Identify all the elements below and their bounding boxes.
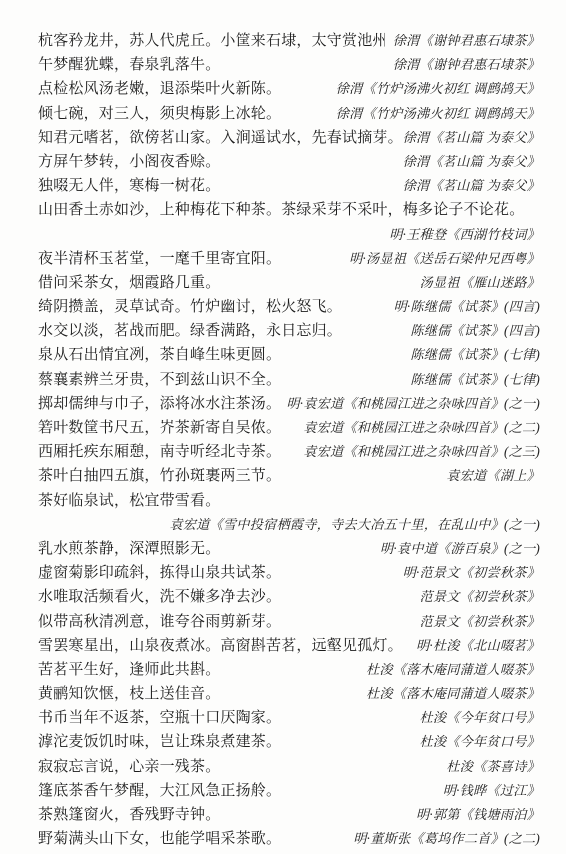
- poem-row: 方屏午梦转，小阁夜香赊。 徐渭《茗山篇 为泰父》: [38, 150, 540, 174]
- poem-row: 箬叶数筐书尺五，岕茶新寄自吴侬。 袁宏道《和桃园江进之杂咏四首》(之二): [38, 416, 540, 440]
- source-attribution: 明·董斯张《葛坞作二首》(之二): [345, 827, 540, 851]
- source-attribution: 袁宏道《湖上》: [438, 464, 540, 488]
- poem-row: 书币当年不返茶，空瓶十口厌陶家。 杜浚《今年贫口号》: [38, 706, 540, 730]
- poem-row: 杭客矜龙井，苏人代虎丘。小筐来石埭，太守赏池州。 徐渭《谢钟君惠石埭茶》: [38, 29, 540, 53]
- source-attribution: 明·范景文《初尝秋茶》: [395, 561, 540, 585]
- source-attribution: 杜浚《今年贫口号》: [412, 706, 541, 730]
- verse-text: 杭客矜龙井，苏人代虎丘。小筐来石埭，太守赏池州。: [38, 29, 385, 53]
- verse-text: 黄鹂知饮惬，枝上送佳音。: [38, 682, 220, 706]
- source-attribution: 徐渭《竹炉汤沸火初红 调鹧鸪天》: [328, 102, 540, 126]
- poem-row: 篷底茶香午梦醒，大江风急正扬舲。 明·钱晔《过江》: [38, 779, 540, 803]
- verse-text: 苦茗平生好，逢师此共斟。: [38, 658, 220, 682]
- source-attribution: 袁宏道《和桃园江进之杂咏四首》(之三): [295, 440, 540, 464]
- verse-text: 茶好临泉试，松宜带雪看。: [38, 489, 220, 513]
- poem-row: 山田香土赤如沙，上种梅花下种茶。茶绿采芽不采叶，梅多论子不论花。: [38, 198, 540, 222]
- poem-row: 午梦醒犹蝶，春泉乳落牛。 徐渭《谢钟君惠石埭茶》: [38, 53, 540, 77]
- poem-row: 袁宏道《雪中投宿栖霞寺，寺去大冶五十里，在乱山中》(之一): [38, 513, 540, 537]
- source-attribution: 明·袁中道《游百泉》(之一): [372, 537, 540, 561]
- verse-text: 滹沱麦饭饥时味，岂让珠泉煮建茶。: [38, 730, 281, 754]
- poem-row: 泉从石出情宜冽，茶自峰生味更圆。 陈继儒《试茶》(七律): [38, 343, 540, 367]
- verse-text: 乳水煎茶静，深潭照影无。: [38, 537, 220, 561]
- verse-text: 雪罢寒星出，山泉夜煮冰。高窗斟苦茗，远壑见孤灯。: [38, 634, 403, 658]
- source-attribution: 陈继儒《试茶》(七律): [402, 343, 540, 367]
- source-attribution: 明·王稚登《西湖竹枝词》: [381, 223, 540, 247]
- poem-row: 知君元嗜茗，欲傍茗山家。入涧遥试水，先春试摘芽。 徐渭《茗山篇 为泰父》: [38, 126, 540, 150]
- poem-row: 绮阴攒盖，灵草试奇。竹炉幽讨，松火怒飞。 明·陈继儒《试茶》(四言): [38, 295, 540, 319]
- verse-text: 蔡襄素辨兰牙贵，不到兹山识不全。: [38, 368, 281, 392]
- verse-text: 书币当年不返茶，空瓶十口厌陶家。: [38, 706, 281, 730]
- verse-text: 茶叶白抽四五旗，竹孙斑裹两三节。: [38, 464, 281, 488]
- poem-row: 借问采茶女，烟霞路几重。 汤显祖《雁山迷路》: [38, 271, 540, 295]
- verse-text: 篷底茶香午梦醒，大江风急正扬舲。: [38, 779, 281, 803]
- source-attribution: 明·钱晔《过江》: [435, 779, 540, 803]
- source-attribution: 汤显祖《雁山迷路》: [412, 271, 541, 295]
- poem-row: 水交以淡，茗战而肥。绿香满路，永日忘归。 陈继儒《试茶》(四言): [38, 319, 540, 343]
- poem-row: 蔡襄素辨兰牙贵，不到兹山识不全。 陈继儒《试茶》(七律): [38, 368, 540, 392]
- source-attribution: 明·袁宏道《和桃园江进之杂咏四首》(之一): [278, 392, 540, 416]
- source-attribution: 徐渭《竹炉汤沸火初红 调鹧鸪天》: [328, 77, 540, 101]
- verse-text: 野菊满头山下女，也能学唱采茶歌。: [38, 827, 281, 851]
- verse-text: 独啜无人伴，寒梅一树花。: [38, 174, 220, 198]
- verse-text: 夜半清杯玉茗堂，一麾千里寄宜阳。: [38, 247, 281, 271]
- poem-row: 乳水煎茶静，深潭照影无。 明·袁中道《游百泉》(之一): [38, 537, 540, 561]
- poem-row: 点检松风汤老嫩，退添柴叶火新陈。 徐渭《竹炉汤沸火初红 调鹧鸪天》: [38, 77, 540, 101]
- poem-row: 茶熟篷窗火，香残野寺钟。 明·郭第《钱塘雨泊》: [38, 803, 540, 827]
- poem-row: 倾七碗，对三人，须臾梅影上冰轮。 徐渭《竹炉汤沸火初红 调鹧鸪天》: [38, 102, 540, 126]
- poem-row: 水唯取活频看火，洗不嫌多净去沙。 范景文《初尝秋茶》: [38, 585, 540, 609]
- source-attribution: 明·陈继儒《试茶》(四言): [385, 295, 540, 319]
- verse-text: 虚窗菊影印疏斜，拣得山泉共试茶。: [38, 561, 281, 585]
- source-attribution: 陈继儒《试茶》(四言): [402, 319, 540, 343]
- verse-text: 点检松风汤老嫩，退添柴叶火新陈。: [38, 77, 281, 101]
- verse-text: 泉从石出情宜冽，茶自峰生味更圆。: [38, 343, 281, 367]
- verse-text: 绮阴攒盖，灵草试奇。竹炉幽讨，松火怒飞。: [38, 295, 342, 319]
- verse-text: 水唯取活频看火，洗不嫌多净去沙。: [38, 585, 281, 609]
- verse-text: 倾七碗，对三人，须臾梅影上冰轮。: [38, 102, 281, 126]
- poem-row: 明·王稚登《西湖竹枝词》: [38, 223, 540, 247]
- verse-text: 午梦醒犹蝶，春泉乳落牛。: [38, 53, 220, 77]
- poem-row: 苦茗平生好，逢师此共斟。 杜浚《落木庵同蒲道人啜茶》: [38, 658, 540, 682]
- source-attribution: 徐渭《谢钟君惠石埭茶》: [385, 29, 540, 53]
- source-attribution: 明·汤显祖《送岳石梁仲兄西粤》: [341, 247, 540, 271]
- verse-text: 方屏午梦转，小阁夜香赊。: [38, 150, 220, 174]
- source-attribution: 杜浚《今年贫口号》: [412, 730, 541, 754]
- verse-text: 知君元嗜茗，欲傍茗山家。入涧遥试水，先春试摘芽。: [38, 126, 395, 150]
- poem-row: 独啜无人伴，寒梅一树花。 徐渭《茗山篇 为泰父》: [38, 174, 540, 198]
- poem-row: 寂寂忘言说，心亲一残茶。 杜浚《茶喜诗》: [38, 755, 540, 779]
- source-attribution: 明·郭第《钱塘雨泊》: [408, 803, 540, 827]
- source-attribution: 杜浚《茶喜诗》: [438, 755, 540, 779]
- poem-row: 雪罢寒星出，山泉夜煮冰。高窗斟苦茗，远壑见孤灯。 明·杜浚《北山啜茗》: [38, 634, 540, 658]
- verse-text: 水交以淡，茗战而肥。绿香满路，永日忘归。: [38, 319, 342, 343]
- poem-row: 西厢托疾东厢憩，南寺听经北寺茶。 袁宏道《和桃园江进之杂咏四首》(之三): [38, 440, 540, 464]
- source-attribution: 陈继儒《试茶》(七律): [402, 368, 540, 392]
- verse-text: 山田香土赤如沙，上种梅花下种茶。茶绿采芽不采叶，梅多论子不论花。: [38, 198, 524, 222]
- poem-row: 黄鹂知饮惬，枝上送佳音。 杜浚《落木庵同蒲道人啜茶》: [38, 682, 540, 706]
- poem-row: 似带高秋清冽意，谁夸谷雨剪新芽。 范景文《初尝秋茶》: [38, 610, 540, 634]
- source-attribution: 袁宏道《和桃园江进之杂咏四首》(之二): [295, 416, 540, 440]
- source-attribution: 杜浚《落木庵同蒲道人啜茶》: [358, 658, 540, 682]
- verse-text: 箬叶数筐书尺五，岕茶新寄自吴侬。: [38, 416, 281, 440]
- source-attribution: 明·杜浚《北山啜茗》: [408, 634, 540, 658]
- poem-row: 茶好临泉试，松宜带雪看。: [38, 489, 540, 513]
- verse-text: 似带高秋清冽意，谁夸谷雨剪新芽。: [38, 610, 281, 634]
- source-attribution: 徐渭《茗山篇 为泰父》: [395, 126, 540, 150]
- source-attribution: 范景文《初尝秋茶》: [412, 610, 541, 634]
- poem-row: 夜半清杯玉茗堂，一麾千里寄宜阳。 明·汤显祖《送岳石梁仲兄西粤》: [38, 247, 540, 271]
- source-attribution: 徐渭《茗山篇 为泰父》: [395, 174, 540, 198]
- scanned-book-page: 杭客矜龙井，苏人代虎丘。小筐来石埭，太守赏池州。 徐渭《谢钟君惠石埭茶》 午梦醒…: [0, 0, 566, 854]
- source-attribution: 徐渭《茗山篇 为泰父》: [395, 150, 540, 174]
- verse-text: 茶熟篷窗火，香残野寺钟。: [38, 803, 220, 827]
- source-attribution: 范景文《初尝秋茶》: [412, 585, 541, 609]
- verse-text: 掷却儒绅与巾子，添将冰水注茶汤。: [38, 392, 278, 416]
- poem-row: 茶叶白抽四五旗，竹孙斑裹两三节。 袁宏道《湖上》: [38, 464, 540, 488]
- source-attribution: 杜浚《落木庵同蒲道人啜茶》: [358, 682, 540, 706]
- poem-row: 掷却儒绅与巾子，添将冰水注茶汤。 明·袁宏道《和桃园江进之杂咏四首》(之一): [38, 392, 540, 416]
- verse-text: 西厢托疾东厢憩，南寺听经北寺茶。: [38, 440, 281, 464]
- source-attribution: 徐渭《谢钟君惠石埭茶》: [385, 53, 540, 77]
- verse-text: 借问采茶女，烟霞路几重。: [38, 271, 220, 295]
- source-attribution: 袁宏道《雪中投宿栖霞寺，寺去大冶五十里，在乱山中》(之一): [161, 513, 540, 537]
- verse-text: 寂寂忘言说，心亲一残茶。: [38, 755, 220, 779]
- poem-row: 滹沱麦饭饥时味，岂让珠泉煮建茶。 杜浚《今年贫口号》: [38, 730, 540, 754]
- book-page: 杭客矜龙井，苏人代虎丘。小筐来石埭，太守赏池州。 徐渭《谢钟君惠石埭茶》 午梦醒…: [0, 0, 566, 851]
- poem-row: 野菊满头山下女，也能学唱采茶歌。 明·董斯张《葛坞作二首》(之二): [38, 827, 540, 851]
- poem-row: 虚窗菊影印疏斜，拣得山泉共试茶。 明·范景文《初尝秋茶》: [38, 561, 540, 585]
